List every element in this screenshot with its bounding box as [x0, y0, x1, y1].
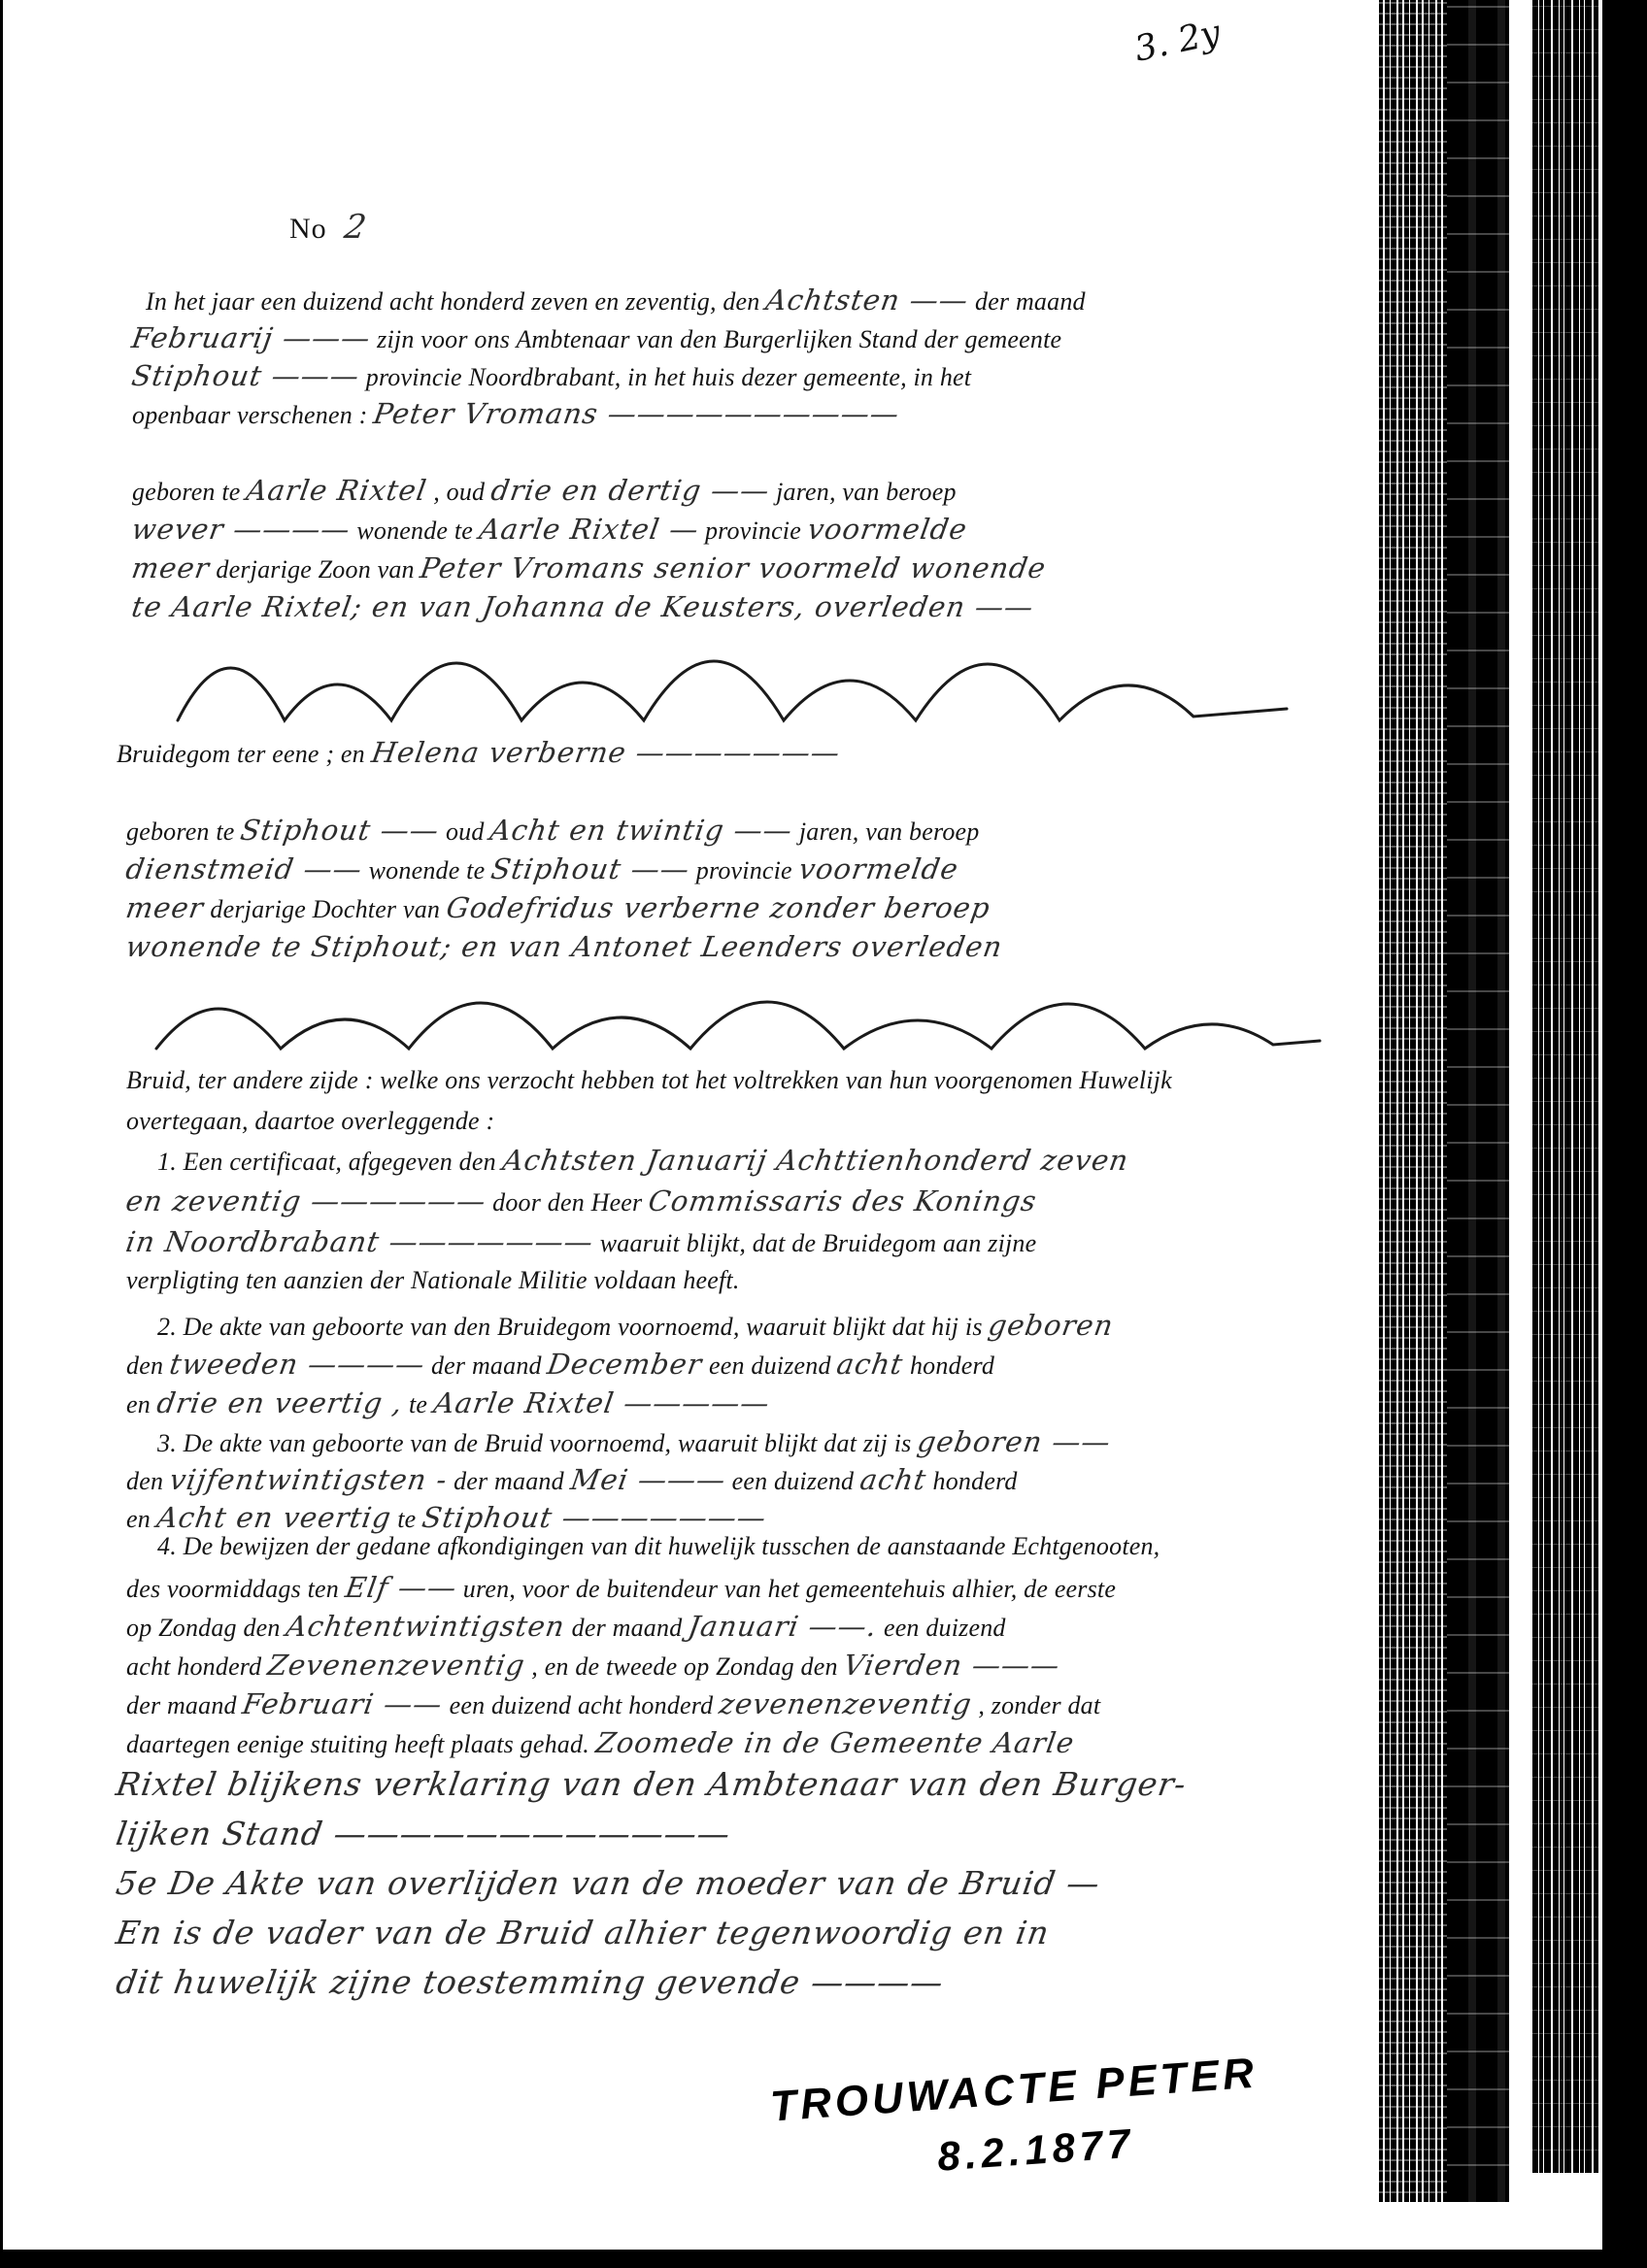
form-line: den vijfentwintigsten - der maand Mei ——…	[126, 1463, 1111, 1501]
form-line: verpligting ten aanzien der Nationale Mi…	[126, 1266, 1128, 1307]
printed-text: en	[126, 1390, 157, 1418]
handwritten-entry: Commissaris des Konings	[646, 1184, 1039, 1217]
handwritten-entry: Vierden ———	[842, 1649, 1063, 1682]
handwritten-entry: drie en veertig ,	[154, 1386, 405, 1419]
printed-text: een duizend acht honderd	[443, 1691, 720, 1719]
bride-details: geboren te Stiphout —— oud Acht en twint…	[126, 814, 1002, 969]
handwritten-entry: voormelde	[796, 852, 960, 885]
scan-artifact-band	[1532, 0, 1598, 2173]
document-item-3: 3. De akte van geboorte van de Bruid voo…	[126, 1425, 1111, 1539]
form-line: Bruid, ter andere zijde : welke ons verz…	[126, 1066, 1172, 1107]
printed-text: der maand	[424, 1351, 548, 1380]
handwritten-entry: Achtsten Januarij Achttienhonderd zeven	[500, 1144, 1131, 1177]
printed-text: jaren, van beroep	[792, 817, 979, 846]
form-line: 4. De bewijzen der gedane afkondigingen …	[126, 1532, 1160, 1571]
printed-text: 2. De akte van geboorte van den Bruidego…	[157, 1313, 989, 1341]
printed-text: der maand	[565, 1614, 689, 1642]
printed-text: op Zondag den	[126, 1614, 286, 1642]
scan-artifact-band	[1447, 0, 1509, 2202]
handwritten-entry: Aarle Rixtel —————	[431, 1386, 772, 1419]
handwritten-entry: Achtentwintigsten	[285, 1610, 568, 1643]
form-line: dit huwelijk zijne toestemming gevende —…	[117, 1963, 1187, 2013]
handwritten-entry: zevenenzeventig	[717, 1687, 974, 1720]
document-number-label: No	[289, 213, 327, 245]
form-line: wonende te Stiphout; en van Antonet Leen…	[126, 930, 1002, 969]
handwritten-entry: Godefridus verberne zonder beroep	[444, 891, 992, 924]
printed-text: provincie	[689, 856, 798, 884]
printed-text: derjarige Zoon van	[210, 555, 421, 584]
printed-text: Bruid, ter andere zijde : welke ons verz…	[126, 1066, 1172, 1094]
printed-text: provincie	[698, 517, 807, 545]
printed-text: zijn voor ons Ambtenaar van den Burgerli…	[370, 325, 1061, 353]
form-line: Rixtel blijkens verklaring van den Ambte…	[117, 1765, 1187, 1815]
handwritten-entry: December	[546, 1348, 705, 1381]
printed-text: der maand	[968, 287, 1085, 316]
handwritten-entry: geboren ——	[915, 1425, 1113, 1458]
form-line: 2. De akte van geboorte van den Bruidego…	[126, 1309, 1114, 1348]
printed-text: provincie Noordbrabant, in het huis deze…	[359, 363, 971, 391]
printed-text: der maand	[126, 1691, 243, 1719]
request-paragraph: Bruid, ter andere zijde : welke ons verz…	[126, 1066, 1172, 1148]
printed-text: en	[126, 1505, 157, 1533]
printed-text: geboren te	[126, 817, 241, 846]
printed-text: verpligting ten aanzien der Nationale Mi…	[126, 1266, 740, 1294]
printed-text: , zonder dat	[972, 1691, 1101, 1719]
handwritten-entry: Stiphout ——	[488, 852, 691, 885]
printed-text: den	[126, 1467, 170, 1495]
handwritten-entry: Aarle Rixtel	[245, 474, 430, 507]
groom-details: geboren te Aarle Rixtel , oud drie en de…	[132, 474, 1047, 629]
form-line: openbaar verschenen : Peter Vromans ————…	[132, 397, 1086, 435]
printed-text: , en de tweede op Zondag den	[525, 1652, 845, 1681]
form-line: 5e De Akte van overlijden van de moeder …	[117, 1864, 1187, 1914]
handwritten-entry: Helena verberne ———————	[369, 736, 843, 769]
form-line: geboren te Stiphout —— oud Acht en twint…	[126, 814, 1002, 852]
archive-annotation: TROUWACTE PETER 8.2.1877	[769, 2050, 1263, 2192]
handwritten-entry: geboren	[987, 1309, 1117, 1342]
annotation-date: 8.2.1877	[936, 2111, 1263, 2180]
form-line: 3. De akte van geboorte van de Bruid voo…	[126, 1425, 1111, 1463]
handwritten-entry: acht	[857, 1463, 928, 1496]
closing-handwritten-paragraph: Rixtel blijkens verklaring van den Ambte…	[117, 1765, 1187, 2013]
handwritten-entry: 5e De Akte van overlijden van de moeder …	[114, 1864, 1103, 1902]
printed-text: te	[402, 1390, 434, 1418]
printed-text: der maand	[447, 1467, 570, 1495]
form-line: Februarij ——— zijn voor ons Ambtenaar va…	[132, 321, 1086, 359]
handwritten-entry: Mei ———	[568, 1463, 728, 1496]
printed-text: een duizend	[725, 1467, 860, 1495]
handwritten-entry: lijken Stand ————————————	[114, 1815, 733, 1852]
document-item-1: 1. Een certificaat, afgegeven den Achtst…	[126, 1144, 1128, 1307]
handwritten-entry: vijfentwintigsten -	[167, 1463, 450, 1496]
flourish-icon	[151, 969, 1326, 1066]
document-item-2: 2. De akte van geboorte van den Bruidego…	[126, 1309, 1114, 1425]
form-line: 1. Een certificaat, afgegeven den Achtst…	[126, 1144, 1128, 1184]
flourish-icon	[170, 623, 1296, 738]
handwritten-entry: En is de vader van de Bruid alhier tegen…	[114, 1914, 1053, 1951]
handwritten-entry: Stiphout ———	[129, 359, 361, 392]
handwritten-entry: acht	[835, 1348, 906, 1381]
handwritten-entry: in Noordbrabant ———————	[123, 1225, 595, 1258]
handwritten-entry: tweeden ————	[167, 1348, 427, 1381]
handwritten-entry: wever ————	[129, 513, 353, 546]
form-line: wever ———— wonende te Aarle Rixtel — pro…	[132, 513, 1047, 551]
printed-text: waaruit blijkt, dat de Bruidegom aan zij…	[593, 1229, 1036, 1257]
form-line: meer derjarige Dochter van Godefridus ve…	[126, 891, 1002, 930]
form-line: acht honderd Zevenenzeventig , en de twe…	[126, 1649, 1160, 1687]
scan-artifact-left-edge	[0, 0, 3, 2268]
printed-text: een duizend	[702, 1351, 837, 1380]
printed-text: den	[126, 1351, 170, 1380]
handwritten-entry: dienstmeid ——	[123, 852, 364, 885]
handwritten-entry: Rixtel blijkens verklaring van den Ambte…	[114, 1765, 1190, 1803]
form-line: lijken Stand ————————————	[117, 1815, 1187, 1864]
handwritten-entry: Achtsten ——	[763, 283, 970, 317]
handwritten-entry: Acht en twintig ——	[488, 814, 795, 847]
printed-text: 1. Een certificaat, afgegeven den	[157, 1148, 503, 1176]
form-line: des voormiddags ten Elf —— uren, voor de…	[126, 1571, 1160, 1610]
printed-text: oud	[439, 817, 490, 846]
printed-text: overtegaan, daartoe overleggende :	[126, 1107, 494, 1135]
document-item-4: 4. De bewijzen der gedane afkondigingen …	[126, 1532, 1160, 1765]
form-line: overtegaan, daartoe overleggende :	[126, 1107, 1172, 1148]
handwritten-entry: Acht en veertig	[154, 1501, 393, 1534]
handwritten-entry: Stiphout ——	[239, 814, 442, 847]
handwritten-entry: te Aarle Rixtel; en van Johanna de Keust…	[129, 590, 1036, 623]
corner-mark: 3. 2y	[1131, 13, 1225, 70]
scan-artifact-bottom-bar	[0, 2250, 1647, 2268]
handwritten-entry: Februari ——	[241, 1687, 446, 1720]
printed-text: door den Heer	[486, 1188, 649, 1217]
printed-text: 4. De bewijzen der gedane afkondigingen …	[157, 1532, 1160, 1560]
form-line: en drie en veertig , te Aarle Rixtel ———…	[126, 1386, 1114, 1425]
handwritten-entry: Peter Vromans senior voormeld wonende	[419, 551, 1049, 584]
printed-text: jaren, van beroep	[769, 478, 956, 506]
handwritten-entry: dit huwelijk zijne toestemming gevende —…	[114, 1963, 947, 2001]
printed-text: geboren te	[132, 478, 247, 506]
handwritten-entry: voormelde	[805, 513, 969, 546]
intro-paragraph: In het jaar een duizend acht honderd zev…	[132, 283, 1086, 435]
form-line: Stiphout ——— provincie Noordbrabant, in …	[132, 359, 1086, 397]
document-number: No 2	[289, 208, 366, 247]
handwritten-entry: Januari ——.	[686, 1610, 880, 1643]
handwritten-entry: en zeventig ——————	[123, 1184, 488, 1217]
handwritten-entry: Februarij ———	[129, 321, 373, 354]
printed-text: wonende te	[362, 856, 491, 884]
printed-text: uren, voor de buitendeur van het gemeent…	[456, 1575, 1116, 1603]
handwritten-entry: Stiphout ———————	[420, 1501, 768, 1534]
form-line: In het jaar een duizend acht honderd zev…	[132, 283, 1086, 321]
form-line: in Noordbrabant ——————— waaruit blijkt, …	[126, 1225, 1128, 1266]
printed-text: des voormiddags ten	[126, 1575, 346, 1603]
printed-text: honderd	[903, 1351, 994, 1380]
handwritten-entry: Zoomede in de Gemeente Aarle	[593, 1726, 1077, 1759]
handwritten-entry: wonende te Stiphout; en van Antonet Leen…	[123, 930, 1005, 963]
printed-text: derjarige Dochter van	[204, 895, 447, 923]
scanned-document-page: 3. 2y No 2 In het jaar een duizend acht …	[0, 0, 1647, 2268]
printed-text: acht honderd	[126, 1652, 268, 1681]
form-line: daartegen eenige stuiting heeft plaats g…	[126, 1726, 1160, 1765]
form-line: meer derjarige Zoon van Peter Vromans se…	[132, 551, 1047, 590]
printed-text: openbaar verschenen :	[132, 401, 374, 429]
form-line: dienstmeid —— wonende te Stiphout —— pro…	[126, 852, 1002, 891]
document-number-value: 2	[342, 208, 370, 247]
handwritten-entry: meer	[123, 891, 206, 924]
printed-text: daartegen eenige stuiting heeft plaats g…	[126, 1730, 596, 1758]
printed-text: een duizend	[877, 1614, 1005, 1642]
form-line: der maand Februari —— een duizend acht h…	[126, 1687, 1160, 1726]
printed-text: 3. De akte van geboorte van de Bruid voo…	[157, 1429, 918, 1457]
handwritten-entry: drie en dertig ——	[488, 474, 772, 507]
handwritten-entry: Zevenenzeventig	[265, 1649, 527, 1682]
form-line: En is de vader van de Bruid alhier tegen…	[117, 1914, 1187, 1963]
printed-text: te	[391, 1505, 423, 1533]
printed-text: honderd	[926, 1467, 1018, 1495]
form-line: geboren te Aarle Rixtel , oud drie en de…	[132, 474, 1047, 513]
handwritten-entry: Elf ——	[343, 1571, 459, 1604]
printed-text: wonende te	[351, 517, 480, 545]
form-line: op Zondag den Achtentwintigsten der maan…	[126, 1610, 1160, 1649]
scan-artifact-band	[1602, 0, 1647, 2268]
printed-text: Bruidegom ter eene ; en	[117, 740, 372, 768]
handwritten-entry: Peter Vromans ——————————	[371, 397, 901, 430]
printed-text: , oud	[427, 478, 491, 506]
scan-artifact-band	[1379, 0, 1447, 2202]
bridegroom-line: Bruidegom ter eene ; en Helena verberne …	[117, 736, 840, 769]
form-line: en zeventig —————— door den Heer Commiss…	[126, 1184, 1128, 1225]
form-line: den tweeden ———— der maand December een …	[126, 1348, 1114, 1386]
printed-text: In het jaar een duizend acht honderd zev…	[146, 287, 766, 316]
handwritten-entry: meer	[129, 551, 212, 584]
handwritten-entry: Aarle Rixtel —	[477, 513, 701, 546]
